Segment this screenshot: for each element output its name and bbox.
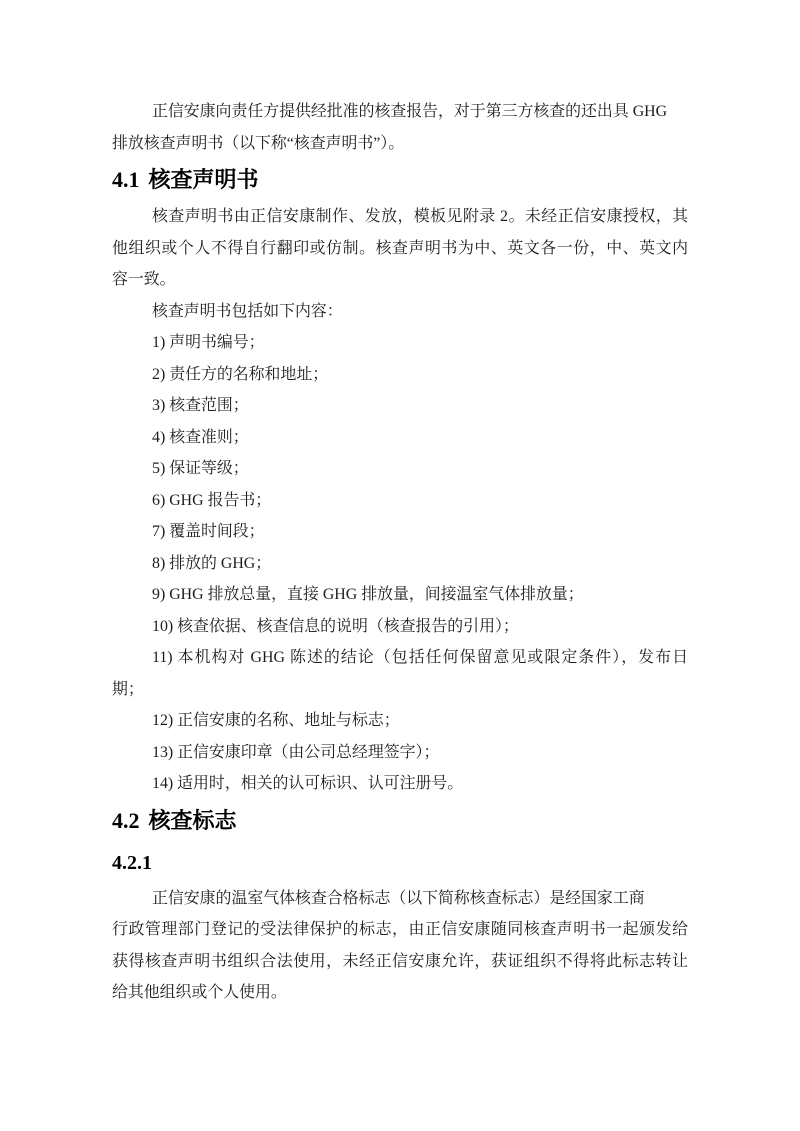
list-item-11-continued: 期； [112, 674, 688, 706]
list-item-11: 11) 本机构对 GHG 陈述的结论（包括任何保留意见或限定条件），发布日 [112, 642, 688, 674]
paragraph-line: 给其他组织或个人使用。 [112, 977, 688, 1009]
heading-title: 核查声明书 [149, 167, 259, 192]
paragraph-line: 排放核查声明书（以下称“核查声明书”）。 [112, 128, 688, 160]
heading-number: 4.1 [112, 167, 140, 192]
list-item-9: 9) GHG 排放总量，直接 GHG 排放量，间接温室气体排放量； [112, 579, 688, 611]
paragraph-line: 正信安康的温室气体核查合格标志（以下简称核查标志）是经国家工商 [112, 883, 688, 915]
paragraph-line: 正信安康向责任方提供经批准的核查报告，对于第三方核查的还出具 GHG [112, 96, 688, 128]
heading-4-2-1: 4.2.1 [112, 850, 688, 876]
section-4-1-paragraph: 核查声明书由正信安康制作、发放，模板见附录 2。未经正信安康授权，其 他组织或个… [112, 201, 688, 296]
list-item-5: 5) 保证等级； [112, 453, 688, 485]
paragraph-line: 获得核查声明书组织合法使用，未经正信安康允许，获证组织不得将此标志转让 [112, 946, 688, 978]
paragraph-line: 行政管理部门登记的受法律保护的标志，由正信安康随同核查声明书一起颁发给 [112, 914, 688, 946]
list-item-14: 14) 适用时，相关的认可标识、认可注册号。 [112, 768, 688, 800]
heading-4-2: 4.2核查标志 [112, 806, 688, 836]
heading-4-1: 4.1核查声明书 [112, 165, 688, 195]
list-item-12: 12) 正信安康的名称、地址与标志； [112, 705, 688, 737]
heading-title: 核查标志 [149, 808, 237, 833]
paragraph-line: 容一致。 [112, 264, 688, 296]
list-intro: 核查声明书包括如下内容： [112, 296, 688, 328]
paragraph-line: 他组织或个人不得自行翻印或仿制。核查声明书为中、英文各一份，中、英文内 [112, 233, 688, 265]
list-item-13: 13) 正信安康印章（由公司总经理签字）； [112, 737, 688, 769]
intro-paragraph: 正信安康向责任方提供经批准的核查报告，对于第三方核查的还出具 GHG 排放核查声… [112, 96, 688, 159]
statement-content-list: 1) 声明书编号； 2) 责任方的名称和地址； 3) 核查范围； 4) 核查准则… [112, 327, 688, 800]
section-4-2-1-paragraph: 正信安康的温室气体核查合格标志（以下简称核查标志）是经国家工商 行政管理部门登记… [112, 883, 688, 1009]
list-item-6: 6) GHG 报告书； [112, 485, 688, 517]
list-item-2: 2) 责任方的名称和地址； [112, 359, 688, 391]
list-item-4: 4) 核查准则； [112, 422, 688, 454]
list-item-8: 8) 排放的 GHG； [112, 548, 688, 580]
heading-number: 4.2 [112, 808, 140, 833]
paragraph-line: 核查声明书由正信安康制作、发放，模板见附录 2。未经正信安康授权，其 [112, 201, 688, 233]
document-page: 正信安康向责任方提供经批准的核查报告，对于第三方核查的还出具 GHG 排放核查声… [0, 0, 800, 1131]
list-item-10: 10) 核查依据、核查信息的说明（核查报告的引用）； [112, 611, 688, 643]
list-item-1: 1) 声明书编号； [112, 327, 688, 359]
list-item-7: 7) 覆盖时间段； [112, 516, 688, 548]
list-item-3: 3) 核查范围； [112, 390, 688, 422]
page-content: 正信安康向责任方提供经批准的核查报告，对于第三方核查的还出具 GHG 排放核查声… [0, 0, 800, 1009]
